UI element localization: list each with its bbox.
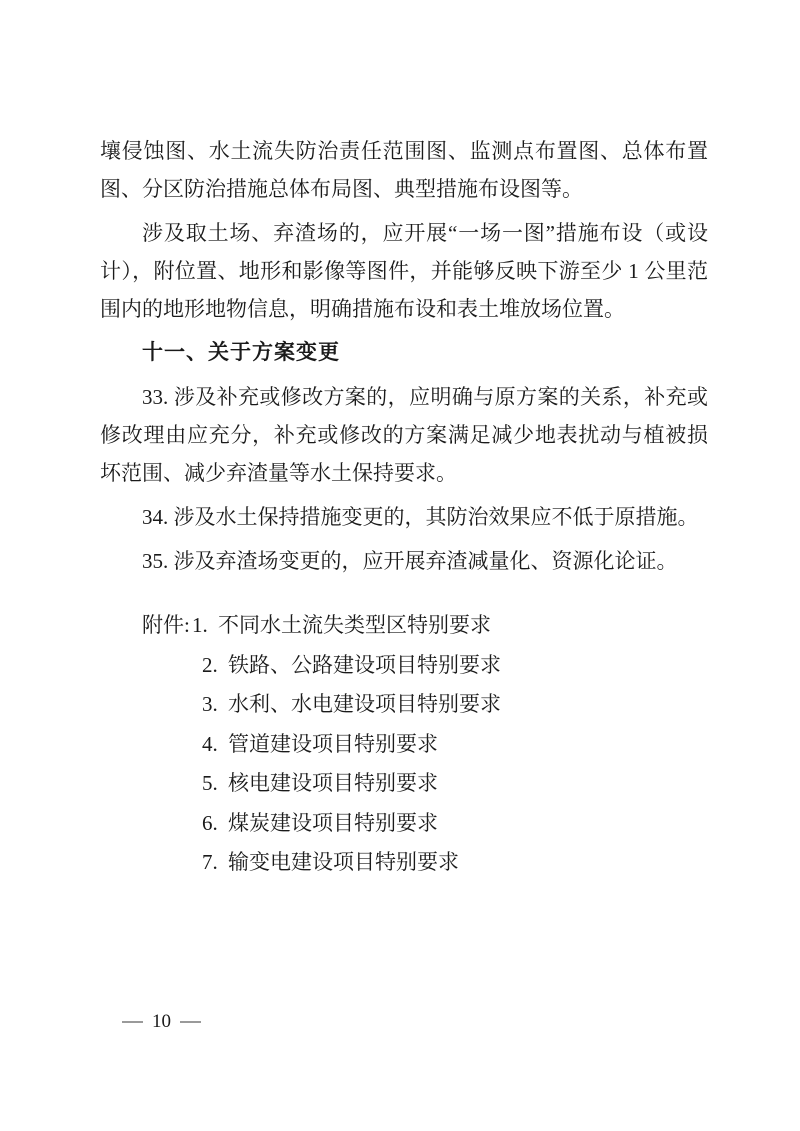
attachment-title: 煤炭建设项目特别要求 xyxy=(228,811,438,835)
paragraph-item-33: 33. 涉及补充或修改方案的，应明确与原方案的关系，补充或修改理由应充分，补充或… xyxy=(100,378,708,492)
paragraph-item-34: 34. 涉及水土保持措施变更的，其防治效果应不低于原措施。 xyxy=(100,498,708,536)
attachment-title: 铁路、公路建设项目特别要求 xyxy=(228,653,501,677)
footer-dash-left-icon xyxy=(122,1021,143,1023)
attachment-item: 6.煤炭建设项目特别要求 xyxy=(100,804,708,844)
attachment-number: 7. xyxy=(202,843,228,883)
attachment-title: 水利、水电建设项目特别要求 xyxy=(228,692,501,716)
attachment-title: 管道建设项目特别要求 xyxy=(228,732,438,756)
attachment-number: 6. xyxy=(202,804,228,844)
attachment-number: 1. xyxy=(192,606,218,646)
attachment-title: 核电建设项目特别要求 xyxy=(228,771,438,795)
attachment-item: 3.水利、水电建设项目特别要求 xyxy=(100,685,708,725)
section-heading: 十一、关于方案变更 xyxy=(100,334,708,372)
attachment-number: 5. xyxy=(202,764,228,804)
page-number: 10 xyxy=(122,1012,201,1032)
page-number-value: 10 xyxy=(152,1011,171,1033)
paragraph-item-35: 35. 涉及弃渣场变更的，应开展弃渣减量化、资源化论证。 xyxy=(100,542,708,580)
body-text: 壤侵蚀图、水土流失防治责任范围图、监测点布置图、总体布置图、分区防治措施总体布局… xyxy=(100,132,708,883)
paragraph-site-map: 涉及取土场、弃渣场的，应开展“一场一图”措施布设（或设计），附位置、地形和影像等… xyxy=(100,214,708,328)
attachment-title: 不同水土流失类型区特别要求 xyxy=(218,613,491,637)
attachment-item: 2.铁路、公路建设项目特别要求 xyxy=(100,646,708,686)
footer-dash-right-icon xyxy=(180,1021,201,1023)
document-page: 壤侵蚀图、水土流失防治责任范围图、监测点布置图、总体布置图、分区防治措施总体布局… xyxy=(0,0,800,1131)
attachments-label: 附件: xyxy=(142,606,192,646)
attachments-block: 附件:1.不同水土流失类型区特别要求 2.铁路、公路建设项目特别要求 3.水利、… xyxy=(100,606,708,883)
attachment-item: 7.输变电建设项目特别要求 xyxy=(100,843,708,883)
attachment-item: 附件:1.不同水土流失类型区特别要求 xyxy=(100,606,708,646)
attachment-number: 3. xyxy=(202,685,228,725)
attachment-number: 4. xyxy=(202,725,228,765)
attachment-item: 5.核电建设项目特别要求 xyxy=(100,764,708,804)
paragraph-continuation: 壤侵蚀图、水土流失防治责任范围图、监测点布置图、总体布置图、分区防治措施总体布局… xyxy=(100,132,708,208)
attachment-number: 2. xyxy=(202,646,228,686)
attachment-item: 4.管道建设项目特别要求 xyxy=(100,725,708,765)
attachment-title: 输变电建设项目特别要求 xyxy=(228,850,459,874)
